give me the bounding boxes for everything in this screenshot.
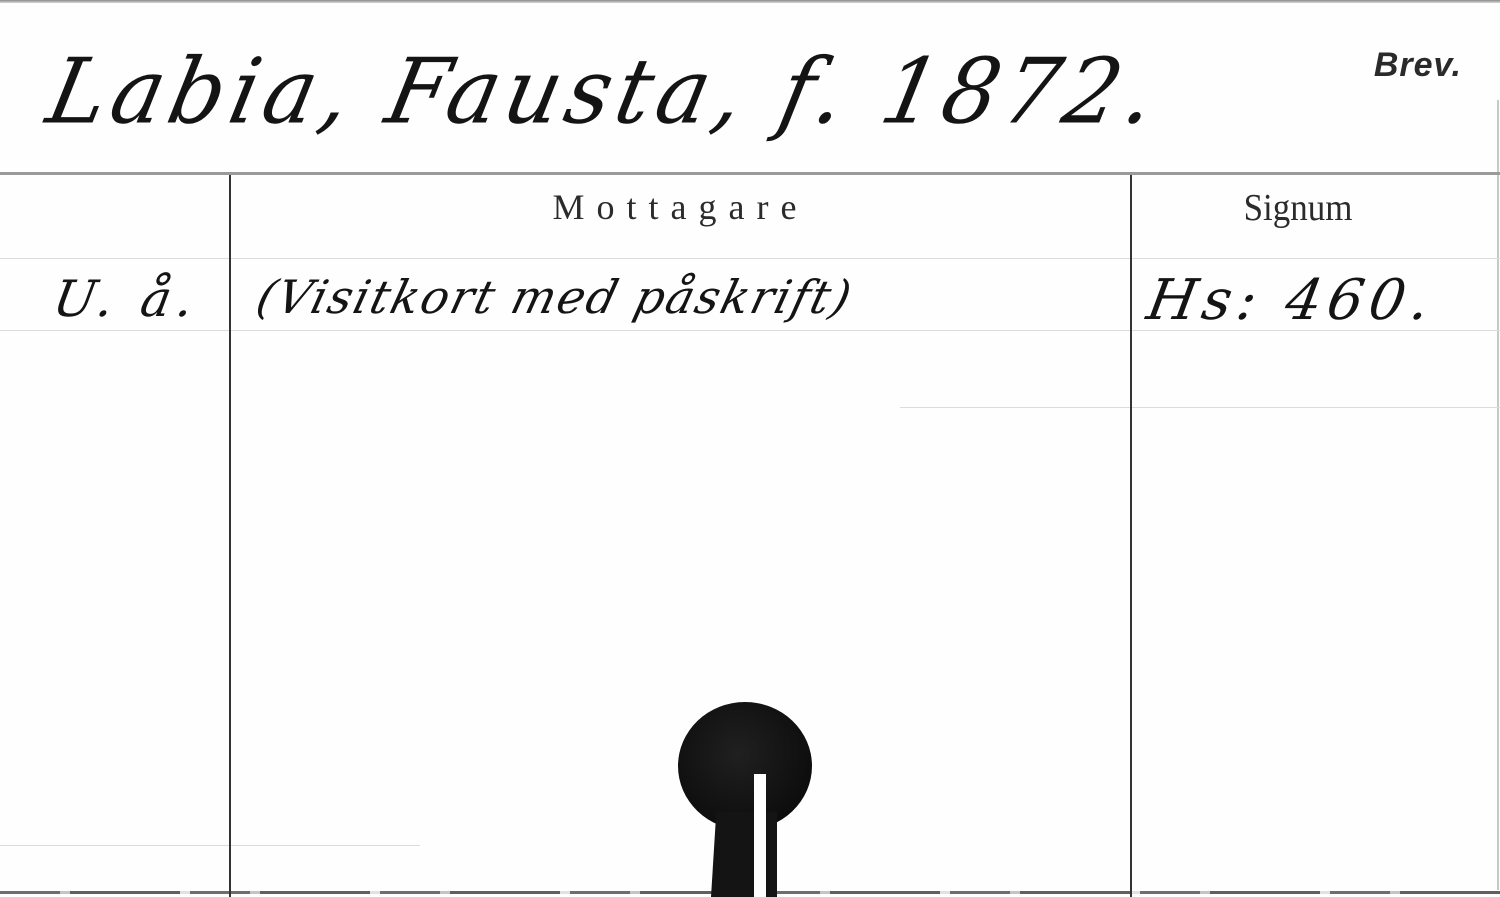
ruled-line	[0, 845, 420, 846]
punch-hole-neck	[711, 812, 777, 897]
card-top-edge	[0, 0, 1500, 3]
punch-hole-slit	[754, 774, 766, 897]
entry-date: U. å.	[49, 270, 204, 328]
recipient-column-header: Mottagare	[231, 186, 1130, 228]
ruled-line	[0, 258, 1500, 259]
card-type-label: Brev.	[1374, 46, 1462, 85]
name-heading: Labia, Fausta, f. 1872.	[39, 40, 1171, 145]
catalog-card: Labia, Fausta, f. 1872. Brev. Mottagare …	[0, 0, 1500, 897]
column-divider-date	[229, 175, 231, 897]
ruled-line	[900, 407, 1500, 408]
entry-recipient: (Visitkort med påskrift)	[251, 270, 858, 324]
column-divider-signum	[1130, 175, 1132, 897]
card-right-edge	[1497, 100, 1499, 890]
signum-column-header: Signum	[1145, 186, 1450, 230]
header-divider	[0, 172, 1500, 175]
entry-signum: Hs: 460.	[1142, 268, 1440, 333]
punch-hole-icon	[678, 702, 812, 897]
punch-hole-circle	[678, 702, 812, 830]
